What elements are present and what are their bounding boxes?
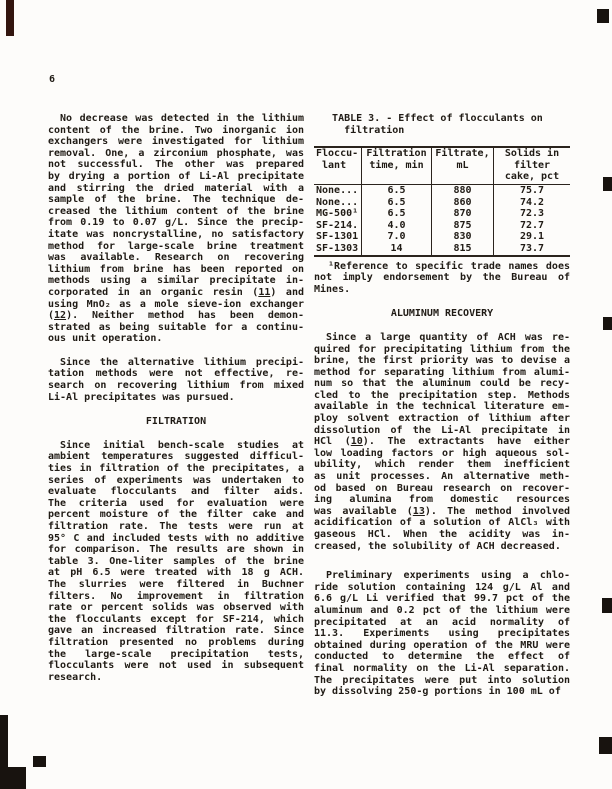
text-line: flocculants were not used in subsequent	[48, 660, 304, 672]
table-cell: 4.0	[361, 220, 431, 232]
text-line: content of the brine. Two inorganic ion	[48, 125, 304, 137]
text-line: 11.3. Experiments using precipitates	[314, 628, 570, 640]
text-line: Li-Al precipitates was pursued.	[48, 392, 304, 404]
text-line: conducted to determine the effect of	[314, 651, 570, 663]
text-line: evaluate flocculants and filter aids.	[48, 486, 304, 498]
text-line: gaseous HCl. When the acidity was in-	[314, 529, 570, 541]
left-column: No decrease was detected in the lithiumc…	[48, 113, 304, 683]
text-line: and stirring the dried material with a	[48, 183, 304, 195]
scan-artifact-mark	[599, 737, 612, 754]
table-cell: 880	[431, 185, 493, 197]
table-cell: 72.7	[493, 220, 570, 232]
text-line: sample of the brine. The technique de-	[48, 194, 304, 206]
table-cell: 7.0	[361, 231, 431, 243]
text-line: acidification of a solution of AlCl₃ wit…	[314, 517, 570, 529]
text-line: from 0.19 to 0.07 g/L. Since the precip-	[48, 217, 304, 229]
text-line: not imply endorsement by the Bureau of	[314, 272, 570, 284]
text-line: Preliminary experiments using a chlo-	[314, 570, 570, 582]
text-line: od based on Bureau research on recover-	[314, 483, 570, 495]
table-footnote: ¹Reference to specific trade names doesn…	[314, 261, 570, 296]
table-header-cell: Solids in filter cake, pct	[493, 148, 570, 185]
caption-line: filtration	[314, 125, 570, 137]
table-cell: 6.5	[361, 185, 431, 197]
table-cell: 75.7	[493, 185, 570, 197]
citation-ref: 10	[351, 436, 363, 447]
text-line: tation methods were not effective, re-	[48, 368, 304, 380]
citation-ref: 11	[258, 287, 270, 298]
text-line: not successful. The other was prepared	[48, 159, 304, 171]
text-line: by drying a portion of Li-Al precipitate	[48, 171, 304, 183]
table-caption: TABLE 3. - Effect of flocculants on filt…	[314, 113, 570, 136]
text-line: cled to the precipitation step. Methods	[314, 390, 570, 402]
text-line: available in the technical literature em…	[314, 401, 570, 413]
text-line: removal. One, a zirconium phosphate, was	[48, 148, 304, 160]
scan-artifact-mark	[33, 756, 46, 767]
text-line: rate or percent solids was observed with	[48, 602, 304, 614]
text-line: aluminum and 0.2 pct of the lithium were	[314, 605, 570, 617]
text-line: search on recovering lithium from mixed	[48, 380, 304, 392]
citation-ref: 12	[54, 310, 66, 321]
paragraph: Preliminary experiments using a chlo-rid…	[314, 570, 570, 698]
text-line: filtration presented no problems during	[48, 637, 304, 649]
scan-artifact-mark	[603, 177, 612, 191]
text-line: 95° C and included tests with no additiv…	[48, 533, 304, 545]
table-cell: SF-214.	[314, 220, 361, 232]
text-line: precipitated at an acid normality of	[314, 617, 570, 629]
text-line: the flocculants except for SF-214, which	[48, 614, 304, 626]
table-cell: 815	[431, 243, 493, 255]
text-line: low loading factors or high aqueous sol-	[314, 448, 570, 460]
text-line: the large-scale precipitation tests,	[48, 649, 304, 661]
right-column: TABLE 3. - Effect of flocculants on filt…	[314, 113, 570, 698]
table-cell: 830	[431, 231, 493, 243]
text-line: series of experiments was undertaken to	[48, 475, 304, 487]
text-line: lithium from brine has been reported on	[48, 264, 304, 276]
citation-ref: 13	[413, 506, 425, 517]
text-line: ¹Reference to specific trade names does	[314, 261, 570, 273]
text-line: The precipitates were put into solution	[314, 675, 570, 687]
text-line: creased, the solubility of ACH decreased…	[314, 541, 570, 553]
text-line: exchangers were investigated for lithium	[48, 136, 304, 148]
text-line: ing alumina from domestic resources	[314, 494, 570, 506]
table-cell: None...	[314, 197, 361, 209]
text-line: percent moisture of the filter cake and	[48, 509, 304, 521]
scan-artifact-mark	[6, 0, 14, 36]
text-line: for comparison. The results are shown in	[48, 544, 304, 556]
table-header-cell: Floccu- lant	[314, 148, 361, 185]
table-cell: 860	[431, 197, 493, 209]
paragraph: No decrease was detected in the lithiumc…	[48, 113, 304, 345]
text-line: ubility, which render them inefficient	[314, 459, 570, 471]
text-line: Mines.	[314, 284, 570, 296]
table-cell: 870	[431, 208, 493, 220]
text-line: ride solution containing 124 g/L Al and	[314, 582, 570, 594]
table-cell: 29.1	[493, 231, 570, 243]
text-line: obtained during operation of the MRU wer…	[314, 640, 570, 652]
table-cell: 73.7	[493, 243, 570, 255]
text-line: 6.6 g/L Li verified that 99.7 pct of the	[314, 593, 570, 605]
text-line: by dissolving 250-g portions in 100 mL o…	[314, 686, 570, 698]
table-header-cell: Filtrate, mL	[431, 148, 493, 185]
table-cell: 14	[361, 243, 431, 255]
section-heading: ALUMINUM RECOVERY	[314, 308, 570, 320]
text-line: as unit processes. An alternative meth-	[314, 471, 570, 483]
text-line: ties in filtration of the precipitates, …	[48, 463, 304, 475]
document-page: 6 No decrease was detected in the lithiu…	[0, 0, 612, 789]
paragraph: Since the alternative lithium precipi-ta…	[48, 357, 304, 403]
text-line: ous unit operation.	[48, 333, 304, 345]
text-line: The criteria used for evaluation were	[48, 498, 304, 510]
text-line: gave an increased filtration rate. Since	[48, 625, 304, 637]
scan-artifact-mark	[603, 317, 612, 330]
scan-artifact-mark	[597, 9, 609, 23]
table-cell: 6.5	[361, 197, 431, 209]
text-line: quired for precipitating lithium from th…	[314, 344, 570, 356]
text-line: (12). Neither method has been demon-	[48, 310, 304, 322]
text-line: final normality on the Li-Al separation.	[314, 663, 570, 675]
text-line: num so that the aluminum could be recy-	[314, 378, 570, 390]
text-line: at pH 6.5 were treated with 18 g ACH.	[48, 567, 304, 579]
text-line: corporated in an organic resin (11) and	[48, 287, 304, 299]
scan-artifact-mark	[0, 767, 26, 789]
text-line: Since initial bench-scale studies at	[48, 440, 304, 452]
paragraph: Since initial bench-scale studies atambi…	[48, 440, 304, 683]
text-line: creased the lithium content of the brine	[48, 206, 304, 218]
flocculants-table: Floccu- lantFiltration time, minFiltrate…	[314, 146, 570, 256]
text-line: table 3. One-liter samples of the brine	[48, 556, 304, 568]
paragraph: Since a large quantity of ACH was re-qui…	[314, 332, 570, 552]
text-line: ploy solvent extraction of lithium after	[314, 413, 570, 425]
table-cell: SF-1303	[314, 243, 361, 255]
text-line: research.	[48, 672, 304, 684]
table-cell: MG-500¹	[314, 208, 361, 220]
text-line: ambient temperatures suggested difficul-	[48, 451, 304, 463]
text-line: was available (13). The method involved	[314, 506, 570, 518]
table-cell: 6.5	[361, 208, 431, 220]
text-line: No decrease was detected in the lithium	[48, 113, 304, 125]
table-cell: None...	[314, 185, 361, 197]
text-line: method for separating lithium from alumi…	[314, 367, 570, 379]
text-line: Since the alternative lithium precipi-	[48, 357, 304, 369]
scan-artifact-mark	[602, 598, 612, 613]
text-line: was available. Research on recovering	[48, 252, 304, 264]
text-line: HCl (10). The extractants have either	[314, 436, 570, 448]
table-header-cell: Filtration time, min	[361, 148, 431, 185]
text-line: using MnO₂ as a mole sieve-ion exchanger	[48, 299, 304, 311]
text-line: dissolution of the Li-Al precipitate in	[314, 425, 570, 437]
text-line: The slurries were filtered in Buchner	[48, 579, 304, 591]
text-line: Since a large quantity of ACH was re-	[314, 332, 570, 344]
table-cell: 74.2	[493, 197, 570, 209]
table-cell: 72.3	[493, 208, 570, 220]
text-line: strated as being suitable for a continu-	[48, 322, 304, 334]
text-line: filtration rate. The tests were run at	[48, 521, 304, 533]
caption-line: TABLE 3. - Effect of flocculants on	[314, 113, 570, 125]
table-cell: 875	[431, 220, 493, 232]
text-line: filters. No improvement in filtration	[48, 591, 304, 603]
text-line: methods using a similar precipitate in-	[48, 275, 304, 287]
text-line: itate was noncrystalline, no satisfactor…	[48, 229, 304, 241]
text-line: method for large-scale brine treatment	[48, 241, 304, 253]
table-cell: SF-1301	[314, 231, 361, 243]
page-number: 6	[49, 74, 55, 85]
text-line: brine, the first priority was to devise …	[314, 355, 570, 367]
section-heading: FILTRATION	[48, 416, 304, 428]
